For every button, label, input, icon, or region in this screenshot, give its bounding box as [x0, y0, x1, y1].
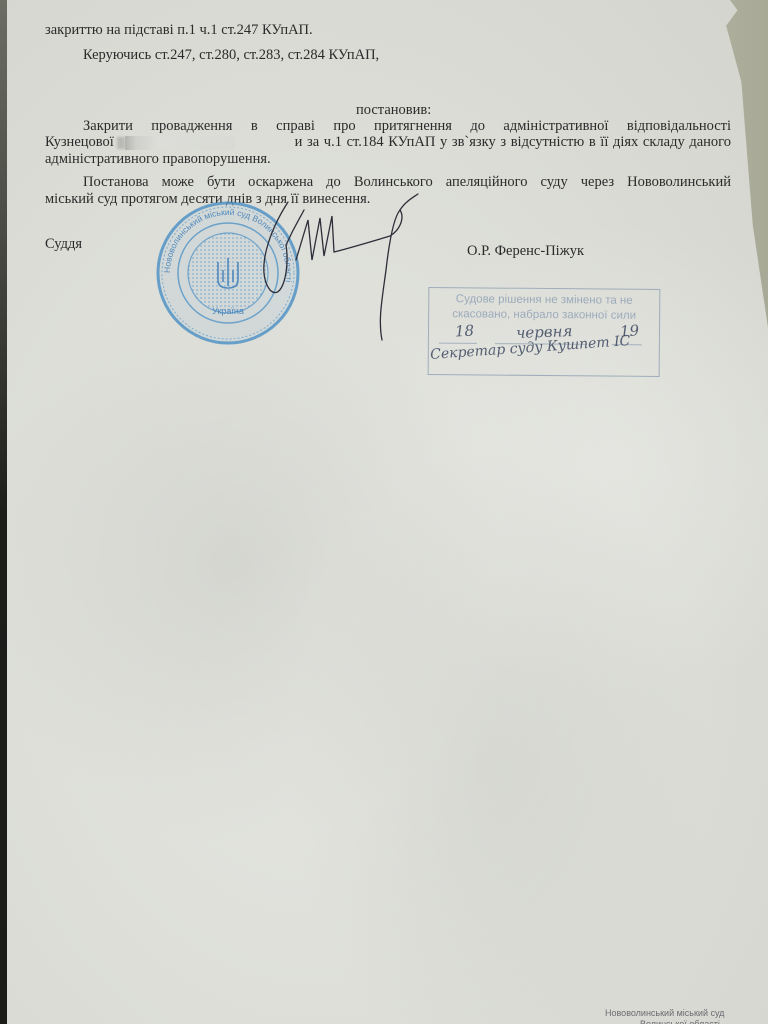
stamp-line-2: скасовано, набрало законної сили [429, 308, 659, 322]
appeal-paragraph-line-1: Постанова може бути оскаржена до Волинсь… [83, 173, 731, 191]
stamp-line-1: Судове рішення не змінено та не [429, 293, 659, 307]
defendant-surname: Кузнецової [45, 134, 114, 150]
judge-signature [200, 190, 430, 350]
text-line-guided-by: Керуючись ст.247, ст.280, ст.283, ст.284… [83, 46, 379, 64]
redacted-name [125, 136, 235, 150]
judge-label: Суддя [45, 235, 82, 253]
footer-region: Волинської області [640, 1019, 720, 1024]
resolution-paragraph-1-line-2-rest: и за ч.1 ст.184 КУпАП у зв`язку з відсут… [295, 133, 731, 151]
resolution-paragraph-1-line-3: адміністративного правопорушення. [45, 150, 271, 168]
redacted-initial [117, 137, 125, 149]
footer-court-name: Нововолинський міський суд [605, 1008, 724, 1018]
judge-name: О.Р. Ференс-Піжук [467, 242, 584, 260]
stamp-day: 18 [455, 322, 475, 341]
text-line-closure-basis: закриттю на підставі п.1 ч.1 ст.247 КУпА… [45, 21, 313, 39]
resolution-paragraph-1-line-2: Кузнецової и за ч.1 ст.184 КУпАП у зв`яз… [45, 133, 731, 151]
background-edge [0, 0, 8, 1024]
